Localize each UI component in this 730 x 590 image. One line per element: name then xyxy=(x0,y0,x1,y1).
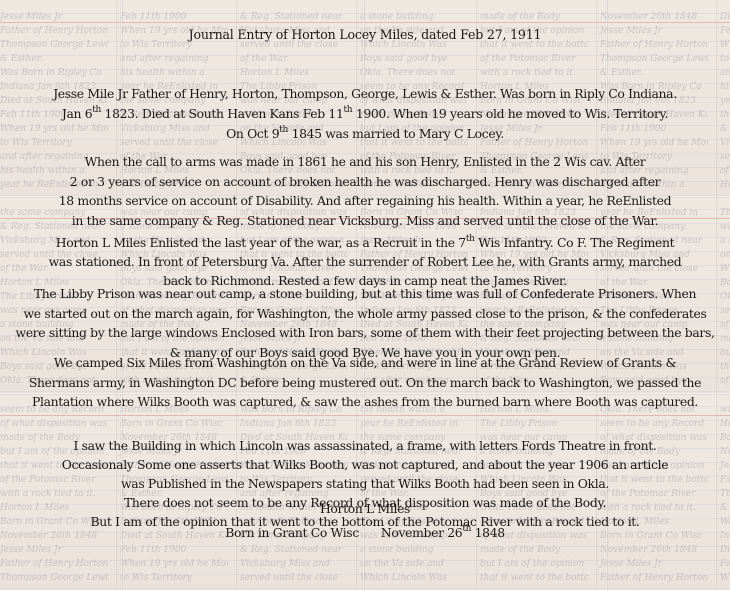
paragraph-father-bio: Jesse Mile Jr Father of Henry, Horton, T… xyxy=(0,84,730,144)
text-line: Plantation where Wilks Booth was capture… xyxy=(0,392,730,412)
text-line: were sitting by the large windows Enclos… xyxy=(0,323,730,343)
signature-name: Horton L Miles xyxy=(0,497,730,521)
document-title: Journal Entry of Horton Locey Miles, dat… xyxy=(0,27,730,42)
birthplace: Born in Grant Co Wisc xyxy=(225,525,359,540)
text-line: 2 or 3 years of service on account of br… xyxy=(0,172,730,192)
text-line: was Published in the Newspapers stating … xyxy=(0,474,730,493)
text-line: We camped Six Miles from Washington on t… xyxy=(0,353,730,373)
text-line: Shermans army, in Washington DC before b… xyxy=(0,373,730,393)
text-line: 18 months service on account of Disabili… xyxy=(0,191,730,211)
text-line: Jan 6th 1823. Died at South Haven Kans F… xyxy=(0,104,730,124)
birthdate: November 26th 1848 xyxy=(381,525,505,540)
text-line: we started out on the march again, for W… xyxy=(0,304,730,324)
text-line: Horton L Miles Enlisted the last year of… xyxy=(0,233,730,252)
signature-block: Horton L Miles Born in Grant Co WiscNove… xyxy=(0,497,730,545)
text-line: Jesse Mile Jr Father of Henry, Horton, T… xyxy=(0,84,730,104)
journal-page: Jesse Miles Jr Father of Henry Horton Th… xyxy=(0,0,730,590)
text-line: The Libby Prison was near out camp, a st… xyxy=(0,284,730,304)
text-line: When the call to arms was made in 1861 h… xyxy=(0,152,730,172)
paragraph-horton-enlistment: Horton L Miles Enlisted the last year of… xyxy=(0,233,730,290)
paragraph-civil-war-service: When the call to arms was made in 1861 h… xyxy=(0,152,730,230)
text-line: was stationed. In front of Petersburg Va… xyxy=(0,252,730,271)
text-line: I saw the Building in which Lincoln was … xyxy=(0,436,730,455)
paragraph-libby-prison: The Libby Prison was near out camp, a st… xyxy=(0,284,730,362)
text-line: in the same company & Reg. Stationed nea… xyxy=(0,211,730,231)
signature-birth-line: Born in Grant Co WiscNovember 26th 1848 xyxy=(0,521,730,545)
text-line: Occasionaly Some one asserts that Wilks … xyxy=(0,455,730,474)
paragraph-grand-review: We camped Six Miles from Washington on t… xyxy=(0,353,730,412)
text-line: On Oct 9th 1845 was married to Mary C Lo… xyxy=(0,124,730,144)
transcription: Journal Entry of Horton Locey Miles, dat… xyxy=(0,0,730,590)
